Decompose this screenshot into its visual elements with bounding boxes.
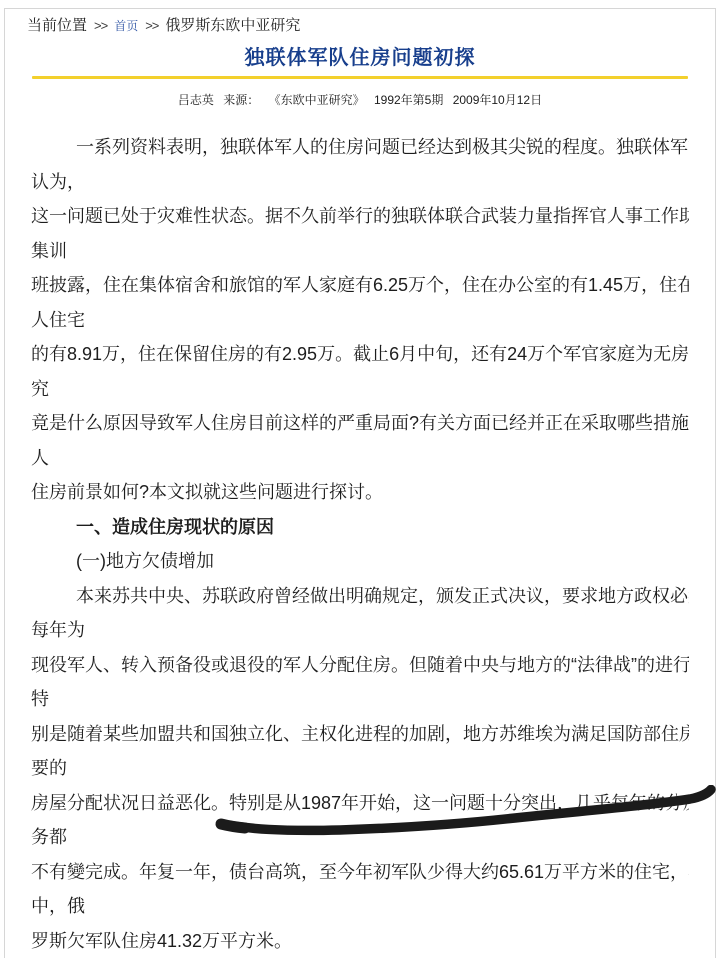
article-line: 中，俄 (31, 889, 689, 924)
breadcrumb-separator: >> (145, 18, 158, 33)
section-heading: 一、造成住房现状的原因 (31, 510, 689, 545)
breadcrumb-separator: >> (94, 18, 107, 33)
article-line: 现役军人、转入预备役或退役的军人分配住房。但随着中央与地方的“法律战”的进行， (31, 648, 689, 683)
article-line: 究 (31, 372, 689, 407)
article-title: 独联体军队住房问题初探 (5, 45, 715, 71)
article-line: 别是随着某些加盟共和国独立化、主权化进程的加剧，地方苏维埃为满足国防部住房需 (31, 717, 689, 752)
article-line: 认为， (31, 165, 689, 200)
article-line: 住房前景如何?本文拟就这些问题进行探讨。 (31, 475, 689, 510)
subsection-heading: (一)地方欠债增加 (31, 544, 689, 579)
article-line: 竟是什么原因导致军人住房目前这样的严重局面?有关方面已经并正在采取哪些措施?军 (31, 406, 689, 441)
article-line: 这一问题已处于灾难性状态。据不久前举行的独联体联合武装力量指挥官人事工作助理 (31, 199, 689, 234)
breadcrumb-home-link[interactable]: 首页 (114, 17, 138, 34)
page-canvas: 当前位置 >> 首页 >> 俄罗斯东欧中亚研究 独联体军队住房问题初探 吕志英 … (0, 0, 720, 958)
article-line: 班披露，住在集体宿舍和旅馆的军人家庭有6.25万个，住在办公室的有1.45万，住… (31, 268, 689, 303)
article-line: 不有變完成。年复一年，债台高筑，至今年初军队少得大约65.61万平方米的住宅，其 (31, 855, 689, 890)
breadcrumb: 当前位置 >> 首页 >> 俄罗斯东欧中亚研究 (5, 9, 715, 35)
article-line: 要的 (31, 751, 689, 786)
article-line: 罗斯欠军队住房41.32万平方米。 (31, 924, 689, 958)
article-line-marked: 房屋分配状况日益恶化。特别是从1987年开始，这一问题十分突出，几乎每年的分房任 (31, 786, 689, 821)
article-byline: 吕志英 来源： 《东欧中亚研究》 1992年第5期 2009年10月12日 (5, 91, 715, 108)
article-line: 集训 (31, 234, 689, 269)
article-line: 的有8.91万，住在保留住房的有2.95万。截止6月中旬，还有24万个军官家庭为… (31, 337, 689, 372)
byline-date: 2009年10月12日 (453, 93, 542, 107)
article-line: 人 (31, 441, 689, 476)
breadcrumb-section: 俄罗斯东欧中亚研究 (165, 14, 300, 35)
byline-source: 《东欧中亚研究》 (269, 93, 365, 107)
article-line: 一系列资料表明，独联体军人的住房问题已经达到极其尖锐的程度。独联体军方 (31, 130, 689, 165)
byline-source-label: 来源： (223, 93, 259, 107)
article-line: 特 (31, 682, 689, 717)
byline-issue: 1992年第5期 (374, 93, 443, 107)
article-line: 务都 (31, 820, 689, 855)
article-line: 每年为 (31, 613, 689, 648)
article-body: 一系列资料表明，独联体军人的住房问题已经达到极其尖锐的程度。独联体军方 认为， … (5, 130, 715, 958)
breadcrumb-label: 当前位置 (27, 14, 87, 35)
title-underline-rule (32, 76, 688, 79)
article-line: 本来苏共中央、苏联政府曾经做出明确规定，颁发正式决议，要求地方政权必须 (31, 579, 689, 614)
byline-author: 吕志英 (178, 93, 214, 107)
article-page: 当前位置 >> 首页 >> 俄罗斯东欧中亚研究 独联体军队住房问题初探 吕志英 … (4, 8, 716, 958)
article-line: 人住宅 (31, 303, 689, 338)
